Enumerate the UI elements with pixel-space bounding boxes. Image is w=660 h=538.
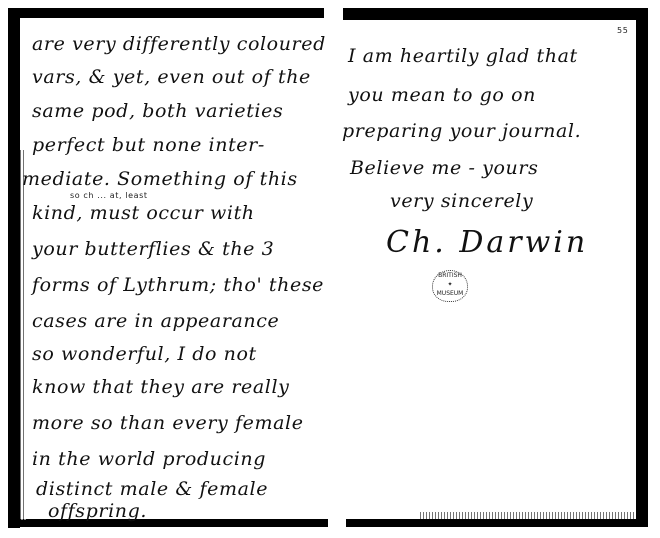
left-line-13: in the world producing (32, 448, 266, 470)
left-line-5: mediate. Something of this (22, 168, 298, 190)
left-page: are very differently coloured vars, & ye… (0, 0, 330, 538)
right-line-5: very sincerely (390, 190, 533, 212)
left-line-11: know that they are really (32, 376, 290, 398)
folio-number: 55 (617, 26, 628, 35)
right-page: 55 I am heartily glad that you mean to g… (330, 0, 660, 538)
left-line-15: offspring. (48, 500, 147, 522)
right-line-1: I am heartily glad that (348, 45, 578, 67)
left-line-7: your butterflies & the 3 (32, 238, 274, 260)
left-line-3: same pod, both varieties (32, 100, 283, 122)
museum-stamp: BRITISH ✦ MUSEUM (432, 270, 468, 302)
right-line-4: Believe me - yours (350, 157, 538, 179)
left-line-2: vars, & yet, even out of the (32, 66, 311, 88)
right-line-2: you mean to go on (348, 84, 536, 106)
left-line-10: so wonderful, I do not (32, 343, 257, 365)
left-line-6: kind, must occur with (32, 202, 255, 224)
left-line-8: forms of Lythrum; tho' these (32, 274, 324, 296)
left-line-1: are very differently coloured (32, 33, 326, 55)
left-line-9: cases are in appearance (32, 310, 279, 332)
stamp-line-1: BRITISH (433, 271, 467, 280)
stamp-line-2: MUSEUM (433, 289, 467, 298)
left-line-12: more so than every female (32, 412, 304, 434)
stamp-emblem-icon: ✦ (433, 280, 467, 289)
left-line-4: perfect but none inter- (32, 134, 265, 156)
right-line-3: preparing your journal. (342, 120, 581, 142)
signature: Ch. Darwin (386, 225, 588, 260)
left-interlinear-note: so ch ... at, least (70, 191, 148, 200)
left-line-14: distinct male & female (36, 478, 268, 500)
